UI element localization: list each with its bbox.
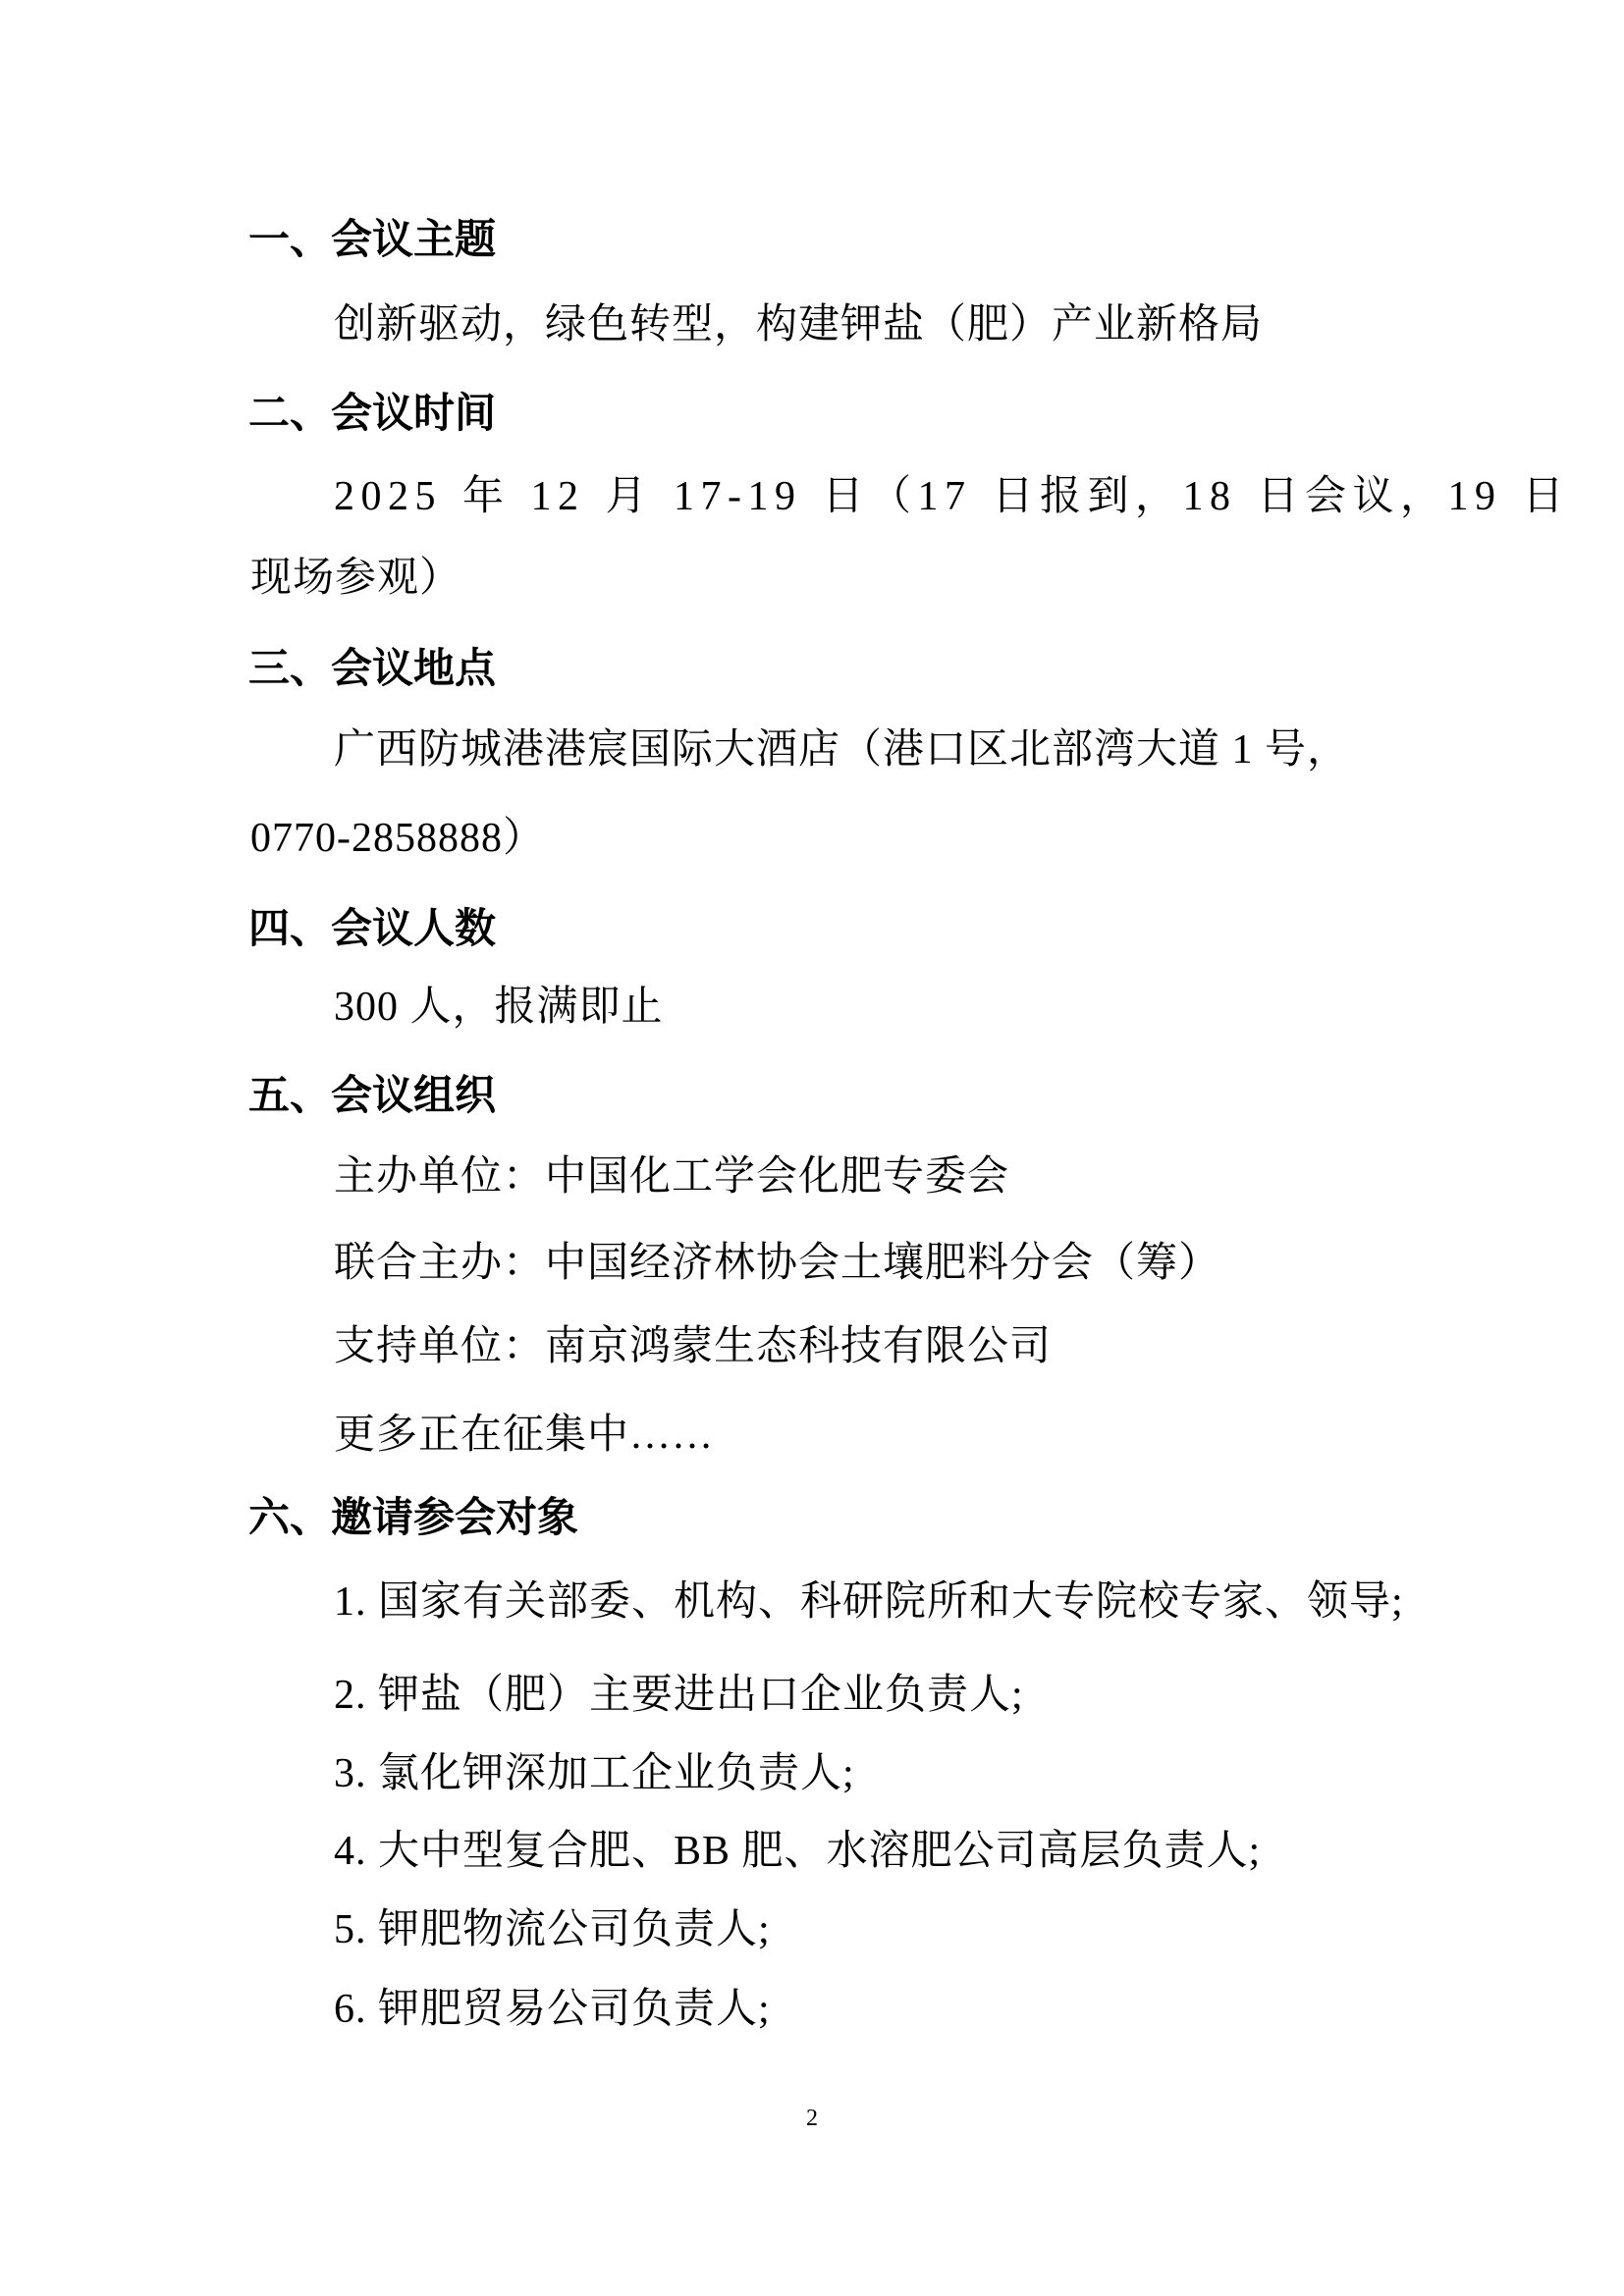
invitee-item-5: 5. 钾肥物流公司负责人;: [334, 1909, 771, 1950]
co-organizer-text: 联合主办：中国经济林协会土壤肥料分会（筹）: [334, 1243, 1220, 1284]
invitee-item-4: 4. 大中型复合肥、BB 肥、水溶肥公司高层负责人;: [334, 1831, 1261, 1872]
invitee-item-2: 2. 钾盐（肥）主要进出口企业负责人;: [334, 1675, 1024, 1716]
section-heading-theme: 一、会议主题: [248, 219, 496, 260]
more-collecting-text: 更多正在征集中……: [334, 1415, 714, 1456]
location-text-line-2: 0770-2858888）: [250, 818, 545, 859]
theme-text: 创新驱动，绿色转型，构建钾盐（肥）产业新格局: [334, 304, 1263, 346]
time-text-line-1: 2025 年 12 月 17-19 日（17 日报到，18 日会议，19 日: [334, 476, 1570, 517]
location-text-line-1: 广西防城港港宸国际大酒店（港口区北部湾大道 1 号，: [334, 729, 1349, 771]
time-text-line-2: 现场参观）: [250, 558, 461, 599]
invitee-item-1: 1. 国家有关部委、机构、科研院所和大专院校专家、领导;: [334, 1581, 1404, 1623]
section-heading-location: 三、会议地点: [248, 648, 496, 689]
invitee-item-6: 6. 钾肥贸易公司负责人;: [334, 1989, 771, 2030]
section-heading-time: 二、会议时间: [248, 393, 496, 434]
section-heading-invitees: 六、邀请参会对象: [248, 1497, 578, 1538]
invitee-item-3: 3. 氯化钾深加工企业负责人;: [334, 1753, 855, 1794]
section-heading-attendance: 四、会议人数: [248, 908, 496, 949]
organizer-text: 主办单位：中国化工学会化肥专委会: [334, 1156, 1009, 1198]
document-page: 一、会议主题 创新驱动，绿色转型，构建钾盐（肥）产业新格局 二、会议时间 202…: [0, 0, 1624, 2296]
section-heading-organization: 五、会议组织: [248, 1075, 496, 1116]
page-number: 2: [0, 2107, 1624, 2130]
supporter-text: 支持单位：南京鸿蒙生态科技有限公司: [334, 1326, 1052, 1367]
attendance-text: 300 人，报满即止: [334, 987, 664, 1028]
